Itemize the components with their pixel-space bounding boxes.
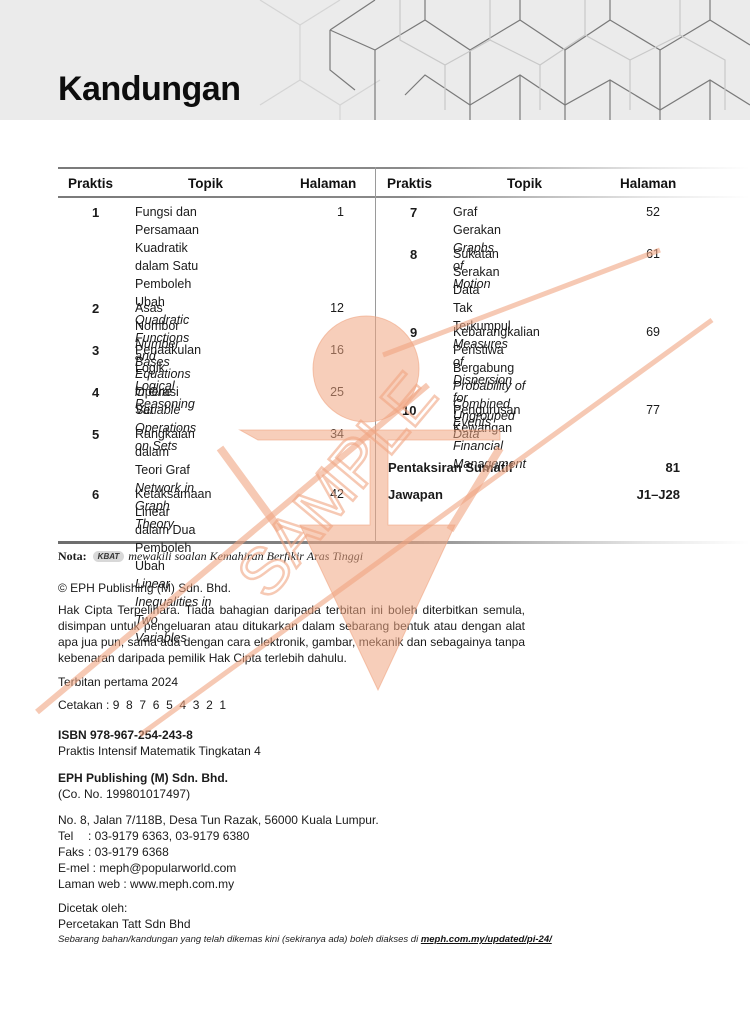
- toc-entry-number: 9: [410, 325, 417, 340]
- topic-malay: Rangkaian dalam: [135, 425, 195, 461]
- header-praktis-right: Praktis: [387, 176, 432, 191]
- topic-malay: Penaakulan Logik: [135, 341, 201, 377]
- isbn: ISBN 978-967-254-243-8: [58, 727, 193, 743]
- note-line: Nota:KBATmewakili soalan Kemahiran Berfi…: [58, 549, 363, 564]
- topic-malay: Sukatan Serakan Data: [453, 245, 515, 299]
- topic-malay: Fungsi dan Persamaan: [135, 203, 199, 239]
- tel-value: : 03-9179 6363, 03-9179 6380: [88, 828, 249, 844]
- topic-malay: Graf Gerakan: [453, 203, 501, 239]
- book-title: Praktis Intensif Matematik Tingkatan 4: [58, 743, 261, 759]
- toc-entry-page: 77: [620, 403, 660, 417]
- toc-entry-number: 6: [92, 487, 99, 502]
- tel-label: Tel: [58, 828, 88, 844]
- fax-value: : 03-9179 6368: [88, 844, 169, 860]
- header-topik-right: Topik: [507, 176, 542, 191]
- toc-entry-page: 42: [304, 487, 344, 501]
- page-title: Kandungan: [58, 70, 240, 109]
- toc-entry-page: 16: [304, 343, 344, 357]
- topic-malay: Ketaksamaan Linear: [135, 485, 211, 521]
- header-halaman-right: Halaman: [620, 176, 676, 191]
- toc-entry-number: 2: [92, 301, 99, 316]
- publisher-name: EPH Publishing (M) Sdn. Bhd.: [58, 770, 228, 786]
- address: No. 8, Jalan 7/118B, Desa Tun Razak, 560…: [58, 812, 379, 828]
- printed-by-label: Dicetak oleh:: [58, 900, 127, 916]
- topic-malay: Kuadratik dalam Satu: [135, 239, 199, 275]
- toc-entry-number: 5: [92, 427, 99, 442]
- table-header-rule: [58, 196, 750, 198]
- topic-malay: Asas Nombor: [135, 299, 179, 335]
- update-note-text: Sebarang bahan/kandungan yang telah dike…: [58, 934, 421, 945]
- kbat-badge: KBAT: [93, 551, 125, 562]
- rights-paragraph: Hak Cipta Terpelihara. Tiada bahagian da…: [58, 602, 525, 666]
- email: E-mel : meph@popularworld.com: [58, 860, 236, 876]
- toc-entry-number: 4: [92, 385, 99, 400]
- update-link[interactable]: meph.com.my/updated/pi-24/: [421, 934, 552, 945]
- topic-malay: Kebarangkalian: [453, 323, 540, 341]
- topic-malay: dalam Dua Pemboleh Ubah: [135, 521, 211, 575]
- toc-entry-page: 12: [304, 301, 344, 315]
- toc-entry-number: 8: [410, 247, 417, 262]
- fax-label: Faks: [58, 844, 88, 860]
- note-description: mewakili soalan Kemahiran Berfikir Aras …: [128, 549, 363, 563]
- column-divider: [375, 167, 376, 542]
- toc-entry-number: 3: [92, 343, 99, 358]
- printing-line: Cetakan : 9 8 7 6 5 4 3 2 1: [58, 697, 226, 713]
- toc-extra-label[interactable]: Jawapan: [388, 487, 443, 502]
- table-of-contents: Praktis Topik Halaman Praktis Topik Hala…: [58, 167, 750, 543]
- toc-entry-page: 52: [620, 205, 660, 219]
- toc-entry-number: 7: [410, 205, 417, 220]
- toc-entry-number: 10: [402, 403, 416, 418]
- toc-entry-page: 61: [620, 247, 660, 261]
- topic-malay: Teori Graf: [135, 461, 195, 479]
- header-band: Kandungan: [0, 0, 750, 120]
- toc-extra-label[interactable]: Pentaksiran Sumatif: [388, 460, 513, 475]
- update-note: Sebarang bahan/kandungan yang telah dike…: [58, 934, 552, 945]
- toc-entry-page: 25: [304, 385, 344, 399]
- fax-row: Faks : 03-9179 6368: [58, 844, 169, 860]
- toc-entry-number: 1: [92, 205, 99, 220]
- printer-name: Percetakan Tatt Sdn Bhd: [58, 916, 191, 932]
- header-praktis-left: Praktis: [68, 176, 113, 191]
- header-topik-left: Topik: [188, 176, 223, 191]
- topic-malay: Operasi Set: [135, 383, 196, 419]
- copyright-line: © EPH Publishing (M) Sdn. Bhd.: [58, 580, 231, 596]
- toc-entry-page: 34: [304, 427, 344, 441]
- first-published: Terbitan pertama 2024: [58, 674, 178, 690]
- toc-entry-page: 1: [304, 205, 344, 219]
- telephone-row: Tel : 03-9179 6363, 03-9179 6380: [58, 828, 249, 844]
- note-label: Nota:: [58, 549, 87, 563]
- table-top-rule: [58, 167, 750, 169]
- website: Laman web : www.meph.com.my: [58, 876, 234, 892]
- toc-entry-page: 69: [620, 325, 660, 339]
- topic-malay: Pengurusan Kewangan: [453, 401, 526, 437]
- toc-extra-page: 81: [618, 460, 680, 475]
- toc-extra-page: J1–J28: [618, 487, 680, 502]
- header-halaman-left: Halaman: [300, 176, 356, 191]
- topic-malay: Peristiwa Bergabung: [453, 341, 540, 377]
- company-number: (Co. No. 199801017497): [58, 786, 190, 802]
